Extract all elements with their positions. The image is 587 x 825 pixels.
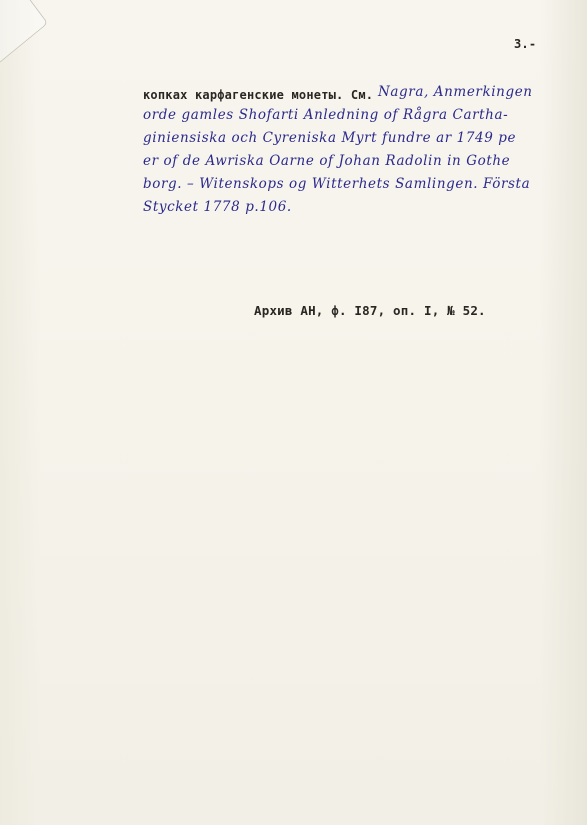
- archive-reference: Архив АН, ф. I87, оп. I, № 52.: [254, 303, 486, 318]
- page-number: 3.-: [514, 37, 536, 51]
- handwritten-text-line-4: er of de Awriska Oarne of Johan Radolin …: [143, 153, 510, 169]
- handwritten-text-line-5: borg. – Witenskops og Witterhets Samling…: [143, 176, 530, 192]
- document-page: 3.- копках карфагенские монеты. См. Nagr…: [0, 0, 587, 825]
- typed-text-line-1: копках карфагенские монеты. См.: [143, 88, 373, 102]
- handwritten-text-line-2: orde gamles Shofarti Anledning of Rågra …: [143, 107, 508, 123]
- handwritten-text-line-6: Stycket 1778 p.106.: [143, 199, 292, 215]
- handwritten-text-line-1: Nagra, Anmerkingen: [378, 84, 533, 100]
- handwritten-text-line-3: giniensiska och Cyreniska Myrt fundre ar…: [143, 130, 516, 146]
